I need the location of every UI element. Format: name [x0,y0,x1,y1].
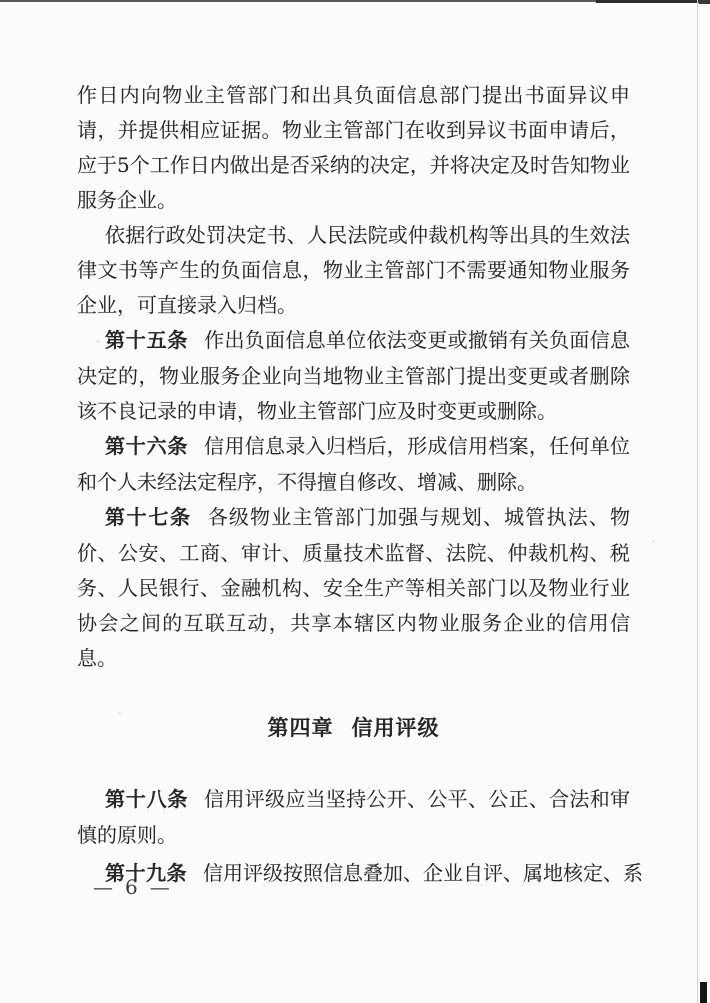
chapter-number: 第四章 [268,717,334,740]
scan-speck [652,540,655,543]
article-paragraph-16: 第十六条信用信息录入归档后，形成信用档案，任何单位和个人未经法定程序，不得擅自修… [77,429,630,500]
footer-dash-right: — [150,874,170,900]
scan-corner-mark-bottom [700,982,707,1003]
chapter-heading: 第四章信用评级 [77,711,630,746]
document-page: 作日内向物业主管部门和出具负面信息部门提出书面异议申请，并提供相应证据。物业主管… [0,0,710,1003]
scan-corner-mark-top [699,0,710,4]
article-number: 第十六条 [105,436,188,458]
document-body: 作日内向物业主管部门和出具负面信息部门提出书面异议申请，并提供相应证据。物业主管… [77,78,630,892]
article-number: 第十八条 [105,789,188,811]
paragraph-text: 依据行政处罚决定书、人民法院或仲裁机构等出具的生效法律文书等产生的负面信息，物业… [77,223,630,317]
article-paragraph-17: 第十七条各级物业主管部门加强与规划、城管执法、物价、公安、工商、审计、质量技术监… [77,500,630,676]
scan-page-edge-line [697,0,698,1003]
article-number: 第十五条 [105,330,188,352]
chapter-title: 信用评级 [352,717,440,740]
scan-top-edge-dark-segment [596,0,710,3]
article-number: 第十七条 [105,507,192,529]
body-paragraph-continuation: 作日内向物业主管部门和出具负面信息部门提出书面异议申请，并提供相应证据。物业主管… [77,78,630,218]
article-paragraph-15: 第十五条作出负面信息单位依法变更或撤销有关负面信息决定的，物业服务企业向当地物业… [77,323,630,429]
paragraph-text: 作日内向物业主管部门和出具负面信息部门提出书面异议申请，并提供相应证据。物业主管… [77,83,630,212]
footer-dash-left: — [93,874,113,900]
page-number-footer: — 6 — [93,874,170,900]
paragraph-text: 信用评级按照信息叠加、企业自评、属地核定、系 [203,861,643,885]
article-paragraph-18: 第十八条信用评级应当坚持公开、公平、公正、合法和审慎的原则。 [77,782,630,853]
paragraph-text: 各级物业主管部门加强与规划、城管执法、物价、公安、工商、审计、质量技术监督、法院… [77,505,630,670]
page-number: 6 [125,874,138,900]
body-paragraph: 依据行政处罚决定书、人民法院或仲裁机构等出具的生效法律文书等产生的负面信息，物业… [77,218,630,323]
